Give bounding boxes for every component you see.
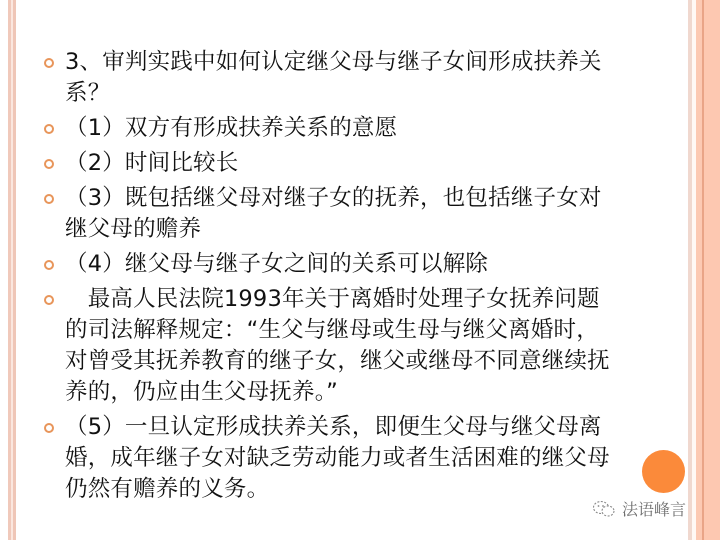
item-line: 婚，成年继子女对缺乏劳动能力或者生活困难的继父母 [65,443,642,474]
slide-body: 3、审判实践中如何认定继父母与继子女间形成扶养关 系？ （1）双方有形成扶养关系… [42,47,642,509]
item-line: （3）既包括继父母对继子女的抚养，也包括继子女对 [65,183,642,214]
left-border-stripe [13,0,16,540]
ring-bullet-icon [44,423,54,433]
bullet-item-4: （4）继父母与继子女之间的关系可以解除 [42,249,642,280]
wechat-icon [592,500,616,518]
bullet-item-5: （5）一旦认定形成扶养关系，即便生父母与继父母离 婚，成年继子女对缺乏劳动能力或… [42,412,642,505]
bullet-item-3: （3）既包括继父母对继子女的抚养，也包括继子女对 继父母的赡养 [42,183,642,245]
watermark: 法语峰言 [592,497,686,520]
item-line: 继父母的赡养 [65,214,642,245]
bullet-item-court-interpretation: 最高人民法院1993年关于离婚时处理子女抚养问题 的司法解释规定：“生父与继母或… [42,284,642,408]
item-line: 的司法解释规定：“生父与继母或生母与继父离婚时， [65,315,642,346]
item-line: （1）双方有形成扶养关系的意愿 [65,113,642,144]
ring-bullet-icon [44,58,54,68]
item-line: （2）时间比较长 [65,148,642,179]
item-line: 仍然有赡养的义务。 [65,474,642,505]
ring-bullet-icon [44,194,54,204]
ring-bullet-icon [44,159,54,169]
ring-bullet-icon [44,260,54,270]
item-line: （5）一旦认定形成扶养关系，即便生父母与继父母离 [65,412,642,443]
decorative-orange-circle [642,450,685,493]
item-line: （4）继父母与继子女之间的关系可以解除 [65,249,642,280]
item-line: 最高人民法院1993年关于离婚时处理子女抚养问题 [65,284,642,315]
item-line: 养的，仍应由生父母抚养。” [65,377,642,408]
right-border-band [704,0,720,540]
bullet-item-2: （2）时间比较长 [42,148,642,179]
item-line: 系？ [65,78,642,109]
bullet-item-1: （1）双方有形成扶养关系的意愿 [42,113,642,144]
item-line: 3、审判实践中如何认定继父母与继子女间形成扶养关 [65,47,642,78]
bullet-item-question: 3、审判实践中如何认定继父母与继子女间形成扶养关 系？ [42,47,642,109]
item-line: 对曾受其抚养教育的继子女，继父或继母不同意继续抚 [65,346,642,377]
ring-bullet-icon [44,295,54,305]
watermark-text: 法语峰言 [622,497,686,520]
ring-bullet-icon [44,124,54,134]
